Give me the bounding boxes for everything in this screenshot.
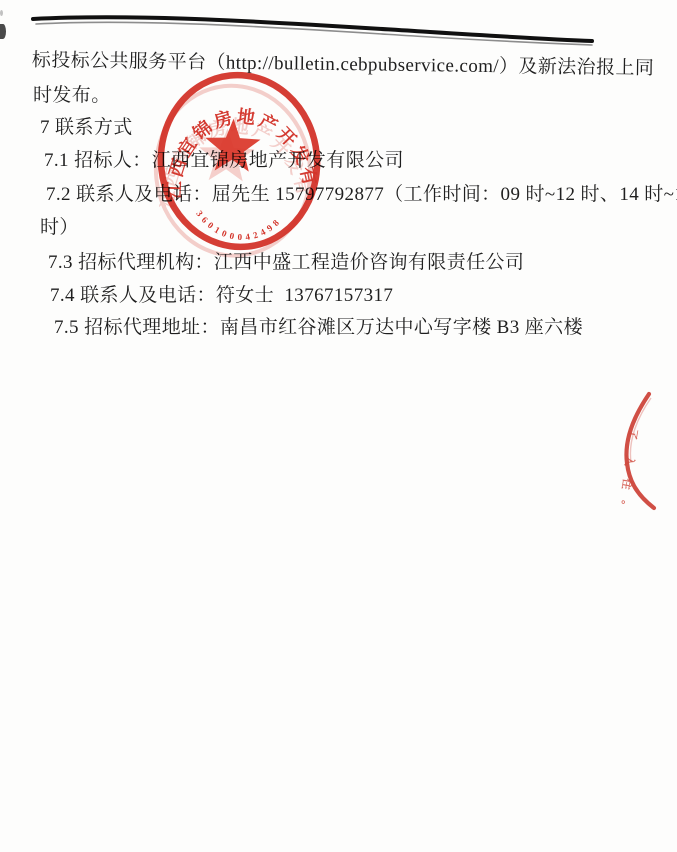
text-line-agency-address: 7.5 招标代理地址：南昌市红谷滩区万达中心写字楼 B3 座六楼 xyxy=(54,317,583,339)
text-line-agency-phone: 7.4 联系人及电话：符女士 13767157317 xyxy=(50,285,393,307)
text-line-platform-url: 标投标公共服务平台（http://bulletin.cebpubservice.… xyxy=(32,50,655,80)
fragment-char: 住 xyxy=(619,477,635,490)
fragment-char: 入 xyxy=(622,454,638,467)
section-heading-contact: 7 联系方式 xyxy=(40,117,133,139)
fragment-char: 。 xyxy=(618,499,632,512)
text-line-contact-phone: 7.2 联系人及电话：屈先生 15797792877（工作时间：09 时~12 … xyxy=(46,184,677,206)
seal-registration-code: 360100042498 xyxy=(194,200,285,247)
text-line-publish: 时发布。 xyxy=(33,85,111,107)
scanned-document-page: 标投标公共服务平台（http://bulletin.cebpubservice.… xyxy=(0,0,677,852)
text-line-tenderer: 7.1 招标人：江西宜锦房地产开发有限公司 xyxy=(44,150,404,172)
partial-stamp-arc xyxy=(626,394,654,508)
scan-edge-speck-small xyxy=(0,10,3,16)
fragment-char: 了 xyxy=(625,427,640,440)
text-line-contact-phone-wrap: 时） xyxy=(40,217,79,239)
partial-stamp-fragment: 了 入 住 。 xyxy=(600,378,677,520)
scan-edge-speck xyxy=(0,24,6,39)
text-line-agency: 7.3 招标代理机构：江西中盛工程造价咨询有限责任公司 xyxy=(48,252,524,274)
